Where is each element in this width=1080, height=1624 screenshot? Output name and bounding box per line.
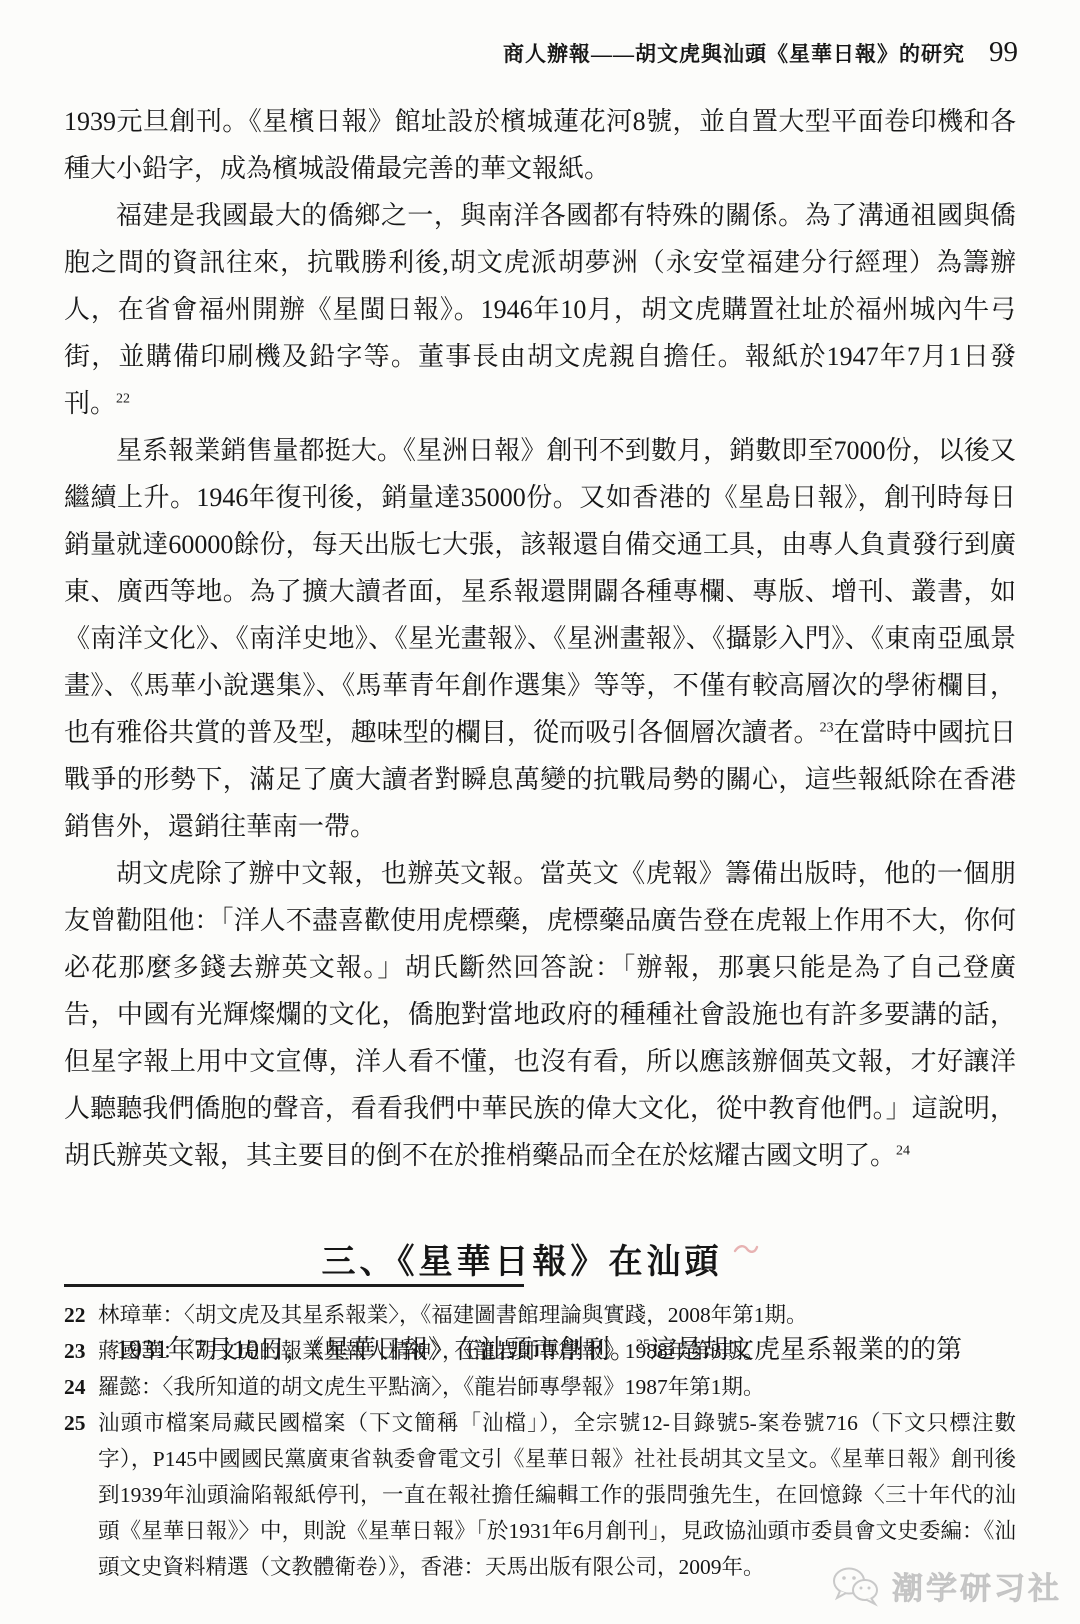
running-header-title: 商人辦報——胡文虎與汕頭《星華日報》的研究 (503, 38, 965, 68)
red-pen-mark (733, 1223, 759, 1270)
watermark: 潮学研习社 (830, 1563, 1062, 1608)
footnote-text: 林璋華：〈胡文虎及其星系報業〉，《福建圖書館理論與實踐，2008年第1期。 (98, 1303, 808, 1327)
running-header: 商人辦報——胡文虎與汕頭《星華日報》的研究 99 (503, 36, 1018, 69)
footnote-ref: 23 (820, 720, 834, 735)
footnote-number: 24 (64, 1369, 86, 1405)
page-number: 99 (989, 36, 1018, 69)
watermark-label: 潮学研习社 (892, 1563, 1062, 1608)
footnote-item: 24羅懿：〈我所知道的胡文虎生平點滴〉，《龍岩師專學報》1987年第1期。 (64, 1369, 1016, 1405)
scanned-paper-page: 商人辦報——胡文虎與汕頭《星華日報》的研究 99 1939元旦創刊。《星檳日報》… (0, 0, 1080, 1624)
footnote-item: 23蔣國華：〈胡文虎的報業與報人精神〉，《龍岩師專學報》1988年第3期。 (64, 1333, 1016, 1369)
body-paragraph: 胡文虎除了辦中文報，也辦英文報。當英文《虎報》籌備出版時，他的一個朋友曾勸阻他：… (64, 850, 1016, 1179)
footnote-number: 25 (64, 1405, 86, 1441)
footnote-ref: 24 (896, 1143, 910, 1158)
body-paragraph: 福建是我國最大的僑鄉之一，與南洋各國都有特殊的關係。為了溝通祖國與僑胞之間的資訊… (64, 192, 1016, 427)
footnote-text: 羅懿：〈我所知道的胡文虎生平點滴〉，《龍岩師專學報》1987年第1期。 (98, 1375, 765, 1399)
section-heading: 三、《星華日報》在汕頭 (322, 1241, 723, 1285)
section-heading-row: 三、《星華日報》在汕頭 (64, 1223, 1016, 1288)
footnotes-section: 22林璋華：〈胡文虎及其星系報業〉，《福建圖書館理論與實踐，2008年第1期。2… (64, 1284, 1016, 1585)
footnote-ref: 22 (116, 391, 130, 406)
footnote-text: 汕頭市檔案局藏民國檔案（下文簡稱「汕檔」），全宗號12-目錄號5-案卷號716（… (98, 1411, 1016, 1579)
wechat-bubbles-icon (830, 1564, 882, 1608)
footnote-item: 22林璋華：〈胡文虎及其星系報業〉，《福建圖書館理論與實踐，2008年第1期。 (64, 1297, 1016, 1333)
article-body: 1939元旦創刊。《星檳日報》館址設於檳城蓮花河8號，並自置大型平面卷印機和各種… (64, 98, 1016, 1373)
footnote-number: 23 (64, 1333, 86, 1369)
body-paragraph: 1939元旦創刊。《星檳日報》館址設於檳城蓮花河8號，並自置大型平面卷印機和各種… (64, 98, 1016, 192)
footnote-number: 22 (64, 1297, 86, 1333)
footnote-list: 22林璋華：〈胡文虎及其星系報業〉，《福建圖書館理論與實踐，2008年第1期。2… (64, 1297, 1016, 1585)
footnote-text: 蔣國華：〈胡文虎的報業與報人精神〉，《龍岩師專學報》1988年第3期。 (98, 1339, 765, 1363)
footnote-separator-rule (64, 1284, 524, 1287)
footnote-item: 25汕頭市檔案局藏民國檔案（下文簡稱「汕檔」），全宗號12-目錄號5-案卷號71… (64, 1405, 1016, 1585)
article-paragraphs: 1939元旦創刊。《星檳日報》館址設於檳城蓮花河8號，並自置大型平面卷印機和各種… (64, 98, 1016, 1179)
body-paragraph: 星系報業銷售量都挺大。《星洲日報》創刊不到數月，銷數即至7000份，以後又繼續上… (64, 427, 1016, 850)
